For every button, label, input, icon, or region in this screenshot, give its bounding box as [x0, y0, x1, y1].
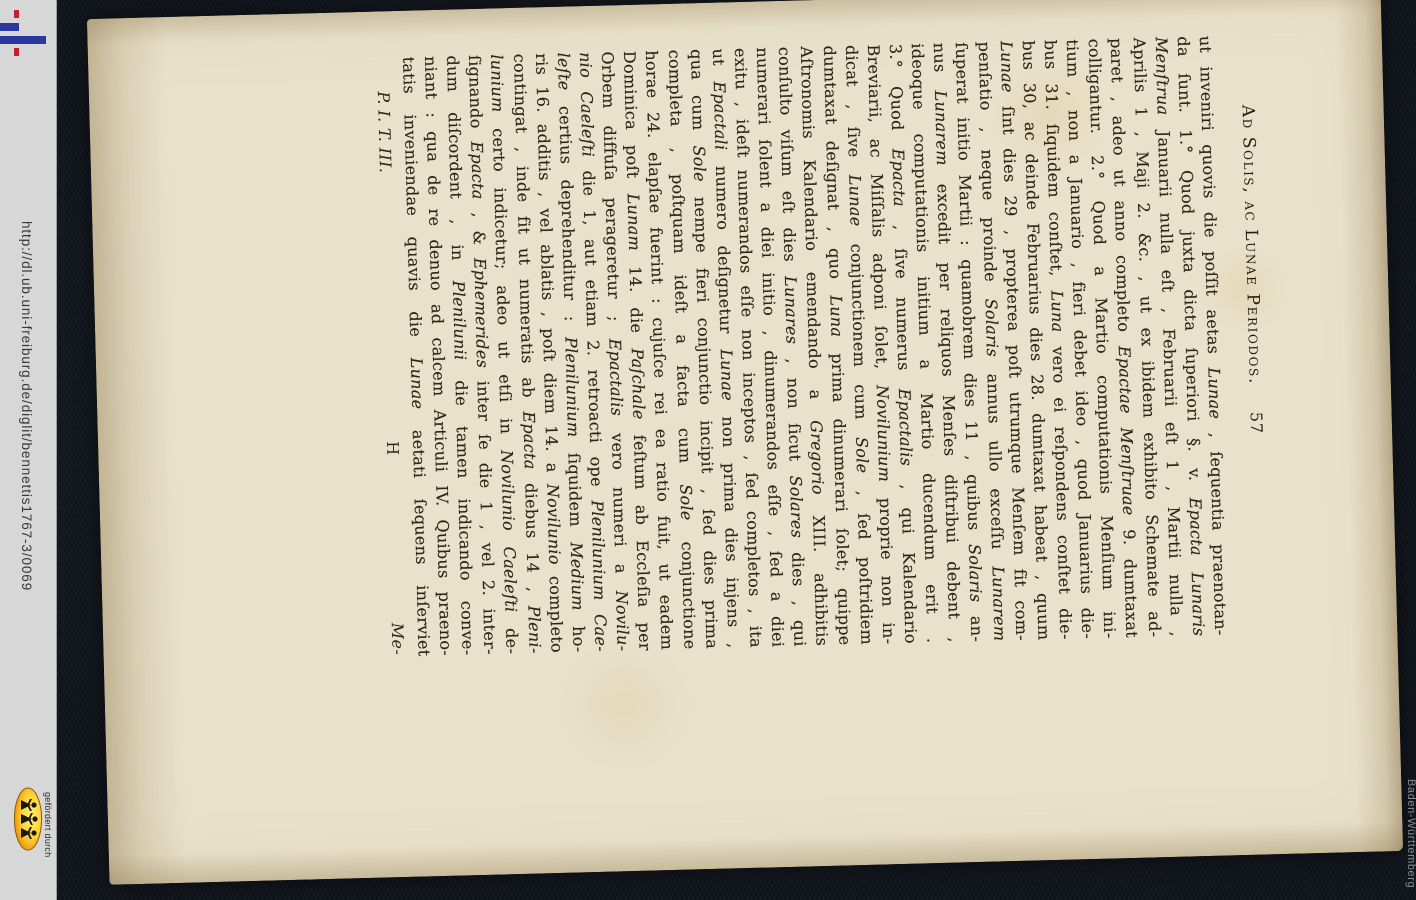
- baden-wuerttemberg-watermark: Baden-Württemberg: [1405, 779, 1416, 888]
- signature-part: P. I. T. III.: [374, 91, 395, 173]
- gathering-letter: H: [383, 441, 402, 456]
- running-head-title: Ad Solis, ac Lunae Periodos.: [1238, 104, 1265, 385]
- logo-blue-bar-long: [0, 36, 46, 44]
- logo-red-block-top: [14, 10, 19, 18]
- page-text-layer: Ad Solis, ac Lunae Periodos.57 ut inveni…: [87, 0, 1403, 885]
- page-number: 57: [1247, 412, 1267, 435]
- funding-logo-emblem: [13, 786, 43, 852]
- watermark-sidebar: http://dl.ub.uni-freiburg.de/diglit/benn…: [0, 0, 57, 900]
- logo-blue-bar-short: [0, 23, 19, 31]
- scan-viewer: { "sidebar": { "url_text": "http://dl.ub…: [0, 0, 1416, 900]
- document-url-watermark: http://dl.ub.uni-freiburg.de/diglit/benn…: [19, 221, 34, 591]
- body-text-block: ut inveniri quovis die poſſit aetas Luna…: [397, 36, 1232, 657]
- funding-logo-figures: [21, 799, 38, 839]
- runhead-spacer: [1241, 35, 1243, 105]
- catchword: Me-: [388, 622, 408, 655]
- scanned-page: Ad Solis, ac Lunae Periodos.57 ut inveni…: [87, 0, 1403, 885]
- running-head: Ad Solis, ac Lunae Periodos.57: [1236, 34, 1272, 634]
- funded-by-label: gefördert durch: [43, 792, 53, 858]
- logo-red-block-bottom: [14, 48, 19, 56]
- funding-logo: [12, 786, 43, 852]
